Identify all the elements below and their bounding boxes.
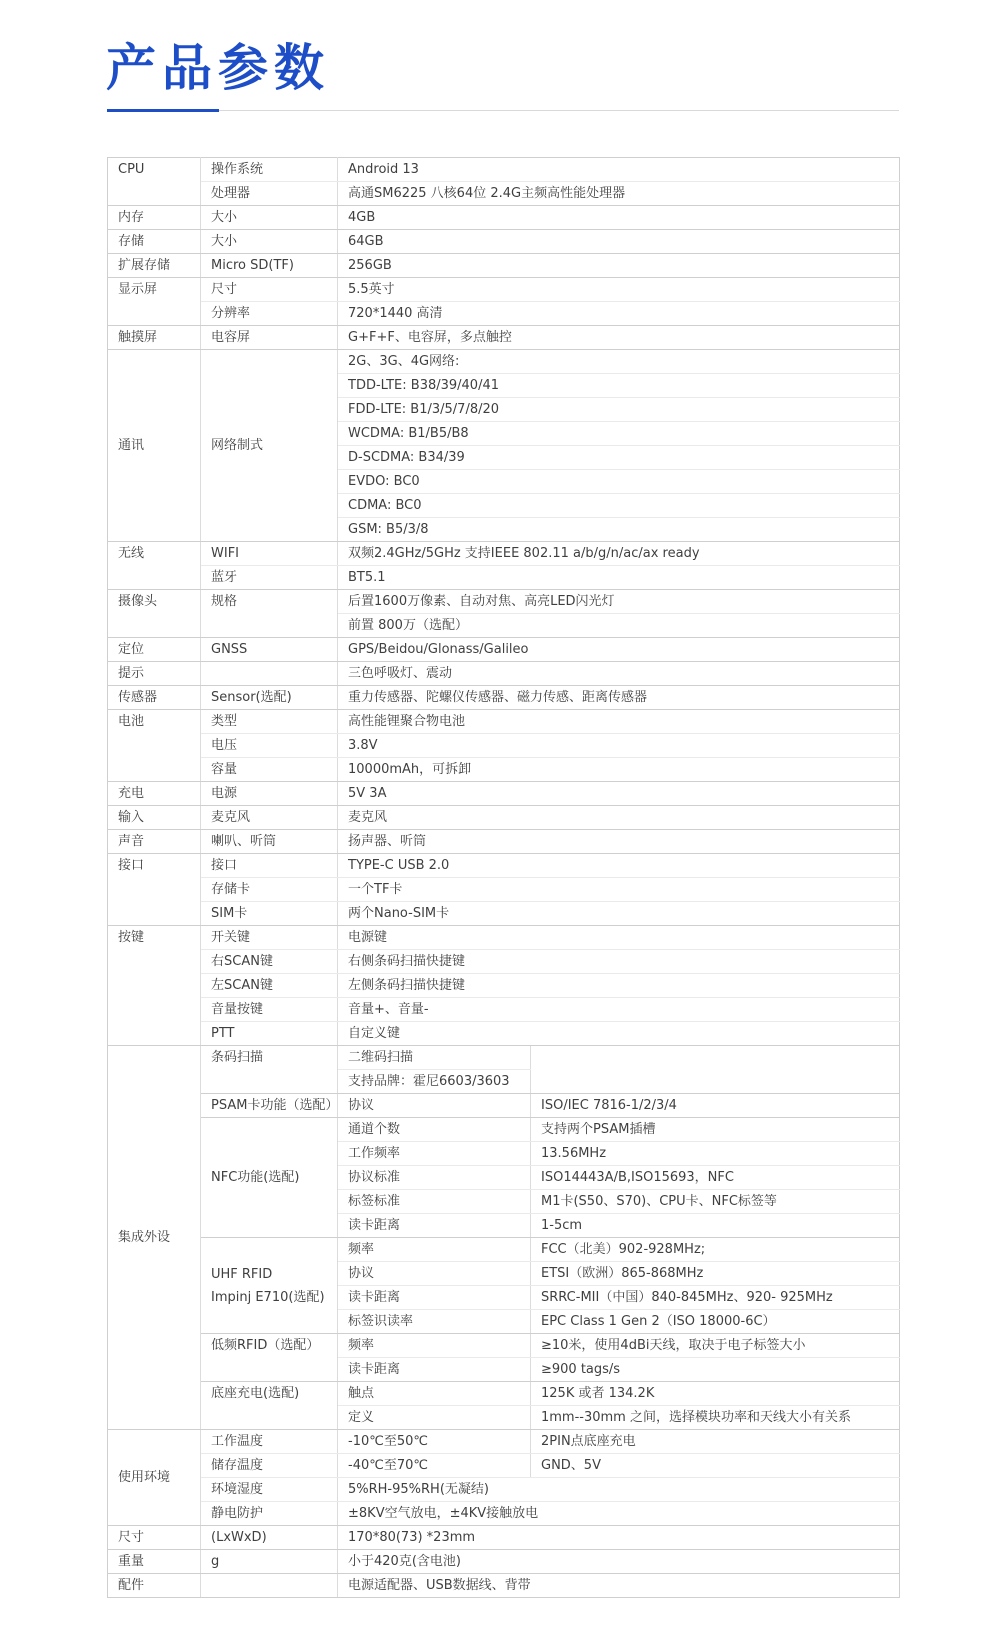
table-row: 集成外设条码扫描二维码扫描 [108, 1046, 900, 1070]
value-cell: 协议 [338, 1094, 531, 1118]
table-row: 静电防护±8KV空气放电，±4KV接触放电 [108, 1502, 900, 1526]
table-row: 声音喇叭、听筒扬声器、听筒 [108, 830, 900, 854]
table-row: 显示屏尺寸5.5英寸 [108, 278, 900, 302]
title-underline-accent [107, 109, 219, 112]
value-cell: ISO14443A/B,ISO15693，NFC [531, 1166, 900, 1190]
param-cell: 环境湿度 [201, 1478, 338, 1502]
value-cell: 频率 [338, 1238, 531, 1262]
table-row: 传感器Sensor(选配)重力传感器、陀螺仪传感器、磁力传感、距离传感器 [108, 686, 900, 710]
category-cell: 显示屏 [108, 278, 201, 326]
table-row: 底座充电(选配)触点125K 或者 134.2K [108, 1382, 900, 1406]
category-cell: 尺寸 [108, 1526, 201, 1550]
param-cell: 大小 [201, 230, 338, 254]
value-cell: G+F+F、电容屏，多点触控 [338, 326, 900, 350]
table-row: 存储大小64GB [108, 230, 900, 254]
value-cell: 1mm--30mm 之间，选择模块功率和天线大小有关系 [531, 1406, 900, 1430]
param-cell: 容量 [201, 758, 338, 782]
param-cell: SIM卡 [201, 902, 338, 926]
value-cell: 扬声器、听筒 [338, 830, 900, 854]
param-cell: 喇叭、听筒 [201, 830, 338, 854]
value-cell: 高性能锂聚合物电池 [338, 710, 900, 734]
param-cell: 大小 [201, 206, 338, 230]
param-cell: 电压 [201, 734, 338, 758]
value-cell: 频率 [338, 1334, 531, 1358]
value-cell: FCC（北美）902-928MHz; [531, 1238, 900, 1262]
table-row: 使用环境工作温度-10℃至50℃2PIN点底座充电 [108, 1430, 900, 1454]
value-cell [531, 1046, 900, 1094]
value-cell: -10℃至50℃ [338, 1430, 531, 1454]
param-cell: 处理器 [201, 182, 338, 206]
table-row: 内存大小4GB [108, 206, 900, 230]
param-cell: 分辨率 [201, 302, 338, 326]
value-cell: 4GB [338, 206, 900, 230]
category-cell: 摄像头 [108, 590, 201, 638]
value-cell: SRRC-MII（中国）840-845MHz、920- 925MHz [531, 1286, 900, 1310]
table-row: 存储卡一个TF卡 [108, 878, 900, 902]
category-cell: 通讯 [108, 350, 201, 542]
table-row: 环境湿度5%RH-95%RH(无凝结) [108, 1478, 900, 1502]
table-row: 接口接口TYPE-C USB 2.0 [108, 854, 900, 878]
param-cell: 静电防护 [201, 1502, 338, 1526]
value-cell: 5%RH-95%RH(无凝结) [338, 1478, 900, 1502]
page-title: 产品参数 [106, 28, 330, 100]
table-row: 摄像头规格后置1600万像素、自动对焦、高亮LED闪光灯 [108, 590, 900, 614]
table-row: 扩展存储Micro SD(TF)256GB [108, 254, 900, 278]
value-cell: GND、5V [531, 1454, 900, 1478]
value-cell: 读卡距离 [338, 1358, 531, 1382]
value-cell: CDMA: BC0 [338, 494, 900, 518]
value-cell: 两个Nano-SIM卡 [338, 902, 900, 926]
value-cell: EVDO: BC0 [338, 470, 900, 494]
category-cell: 重量 [108, 1550, 201, 1574]
param-cell: Sensor(选配) [201, 686, 338, 710]
value-cell: Android 13 [338, 158, 900, 182]
value-cell: 读卡距离 [338, 1286, 531, 1310]
table-row: 右SCAN键右侧条码扫描快捷键 [108, 950, 900, 974]
value-cell: 3.8V [338, 734, 900, 758]
value-cell: 支持两个PSAM插槽 [531, 1118, 900, 1142]
param-cell: 储存温度 [201, 1454, 338, 1478]
value-cell: 标签标准 [338, 1190, 531, 1214]
table-row: PSAM卡功能（选配）协议ISO/IEC 7816-1/2/3/4 [108, 1094, 900, 1118]
table-row: CPU操作系统Android 13 [108, 158, 900, 182]
table-row: 提示三色呼吸灯、震动 [108, 662, 900, 686]
table-row: 尺寸(LxWxD)170*80(73) *23mm [108, 1526, 900, 1550]
value-cell: TYPE-C USB 2.0 [338, 854, 900, 878]
param-cell: 麦克风 [201, 806, 338, 830]
table-row: 按键开关键电源键 [108, 926, 900, 950]
value-cell: 10000mAh，可拆卸 [338, 758, 900, 782]
param-cell: 操作系统 [201, 158, 338, 182]
value-cell: M1卡(S50、S70)、CPU卡、NFC标签等 [531, 1190, 900, 1214]
param-cell: 网络制式 [201, 350, 338, 542]
title-underline [107, 110, 899, 111]
spec-table-body: CPU操作系统Android 13处理器高通SM6225 八核64位 2.4G主… [108, 158, 900, 1598]
value-cell: 自定义键 [338, 1022, 900, 1046]
value-cell: 定义 [338, 1406, 531, 1430]
value-cell: 256GB [338, 254, 900, 278]
value-cell: 麦克风 [338, 806, 900, 830]
table-row: 分辨率720*1440 高清 [108, 302, 900, 326]
value-cell: 前置 800万（选配） [338, 614, 900, 638]
spec-table: CPU操作系统Android 13处理器高通SM6225 八核64位 2.4G主… [107, 157, 900, 1598]
param-cell: 低频RFID（选配） [201, 1334, 338, 1382]
table-row: 电压3.8V [108, 734, 900, 758]
category-cell: 传感器 [108, 686, 201, 710]
table-row: 音量按键音量+、音量- [108, 998, 900, 1022]
table-row: 定位GNSSGPS/Beidou/Glonass/Galileo [108, 638, 900, 662]
value-cell: ETSI（欧洲）865-868MHz [531, 1262, 900, 1286]
table-row: UHF RFID Impinj E710(选配)频率FCC（北美）902-928… [108, 1238, 900, 1262]
category-cell: 输入 [108, 806, 201, 830]
value-cell: D-SCDMA: B34/39 [338, 446, 900, 470]
param-cell: 存储卡 [201, 878, 338, 902]
value-cell: 电源键 [338, 926, 900, 950]
param-cell [201, 1574, 338, 1598]
param-cell: NFC功能(选配) [201, 1118, 338, 1238]
table-row: 容量10000mAh，可拆卸 [108, 758, 900, 782]
value-cell: GPS/Beidou/Glonass/Galileo [338, 638, 900, 662]
table-row: 输入麦克风麦克风 [108, 806, 900, 830]
param-cell: PSAM卡功能（选配） [201, 1094, 338, 1118]
param-cell: 左SCAN键 [201, 974, 338, 998]
table-row: 触摸屏电容屏G+F+F、电容屏，多点触控 [108, 326, 900, 350]
param-cell: 音量按键 [201, 998, 338, 1022]
value-cell: 支持品牌：霍尼6603/3603 [338, 1070, 531, 1094]
value-cell: EPC Class 1 Gen 2（ISO 18000-6C） [531, 1310, 900, 1334]
table-row: PTT自定义键 [108, 1022, 900, 1046]
value-cell: TDD-LTE: B38/39/40/41 [338, 374, 900, 398]
value-cell: 720*1440 高清 [338, 302, 900, 326]
value-cell: 5V 3A [338, 782, 900, 806]
table-row: 无线WIFI双频2.4GHz/5GHz 支持IEEE 802.11 a/b/g/… [108, 542, 900, 566]
category-cell: 声音 [108, 830, 201, 854]
param-cell: (LxWxD) [201, 1526, 338, 1550]
value-cell: 小于420克(含电池) [338, 1550, 900, 1574]
param-cell: PTT [201, 1022, 338, 1046]
value-cell: 64GB [338, 230, 900, 254]
value-cell: FDD-LTE: B1/3/5/7/8/20 [338, 398, 900, 422]
category-cell: 集成外设 [108, 1046, 201, 1430]
param-cell: 电容屏 [201, 326, 338, 350]
param-cell: GNSS [201, 638, 338, 662]
category-cell: 触摸屏 [108, 326, 201, 350]
param-cell: 接口 [201, 854, 338, 878]
param-cell: 蓝牙 [201, 566, 338, 590]
value-cell: 后置1600万像素、自动对焦、高亮LED闪光灯 [338, 590, 900, 614]
table-row: 低频RFID（选配）频率≥10米，使用4dBi天线，取决于电子标签大小 [108, 1334, 900, 1358]
value-cell: 2G、3G、4G网络: [338, 350, 900, 374]
value-cell: 125K 或者 134.2K [531, 1382, 900, 1406]
table-row: 通讯网络制式2G、3G、4G网络: [108, 350, 900, 374]
value-cell: 重力传感器、陀螺仪传感器、磁力传感、距离传感器 [338, 686, 900, 710]
table-row: 充电电源5V 3A [108, 782, 900, 806]
value-cell: 协议标准 [338, 1166, 531, 1190]
value-cell: 1-5cm [531, 1214, 900, 1238]
value-cell: BT5.1 [338, 566, 900, 590]
param-cell: Micro SD(TF) [201, 254, 338, 278]
param-cell: 类型 [201, 710, 338, 734]
value-cell: 触点 [338, 1382, 531, 1406]
table-row: 电池类型高性能锂聚合物电池 [108, 710, 900, 734]
param-cell: 电源 [201, 782, 338, 806]
param-cell: g [201, 1550, 338, 1574]
category-cell: 充电 [108, 782, 201, 806]
param-cell: 尺寸 [201, 278, 338, 302]
value-cell: 工作频率 [338, 1142, 531, 1166]
category-cell: 按键 [108, 926, 201, 1046]
value-cell: 双频2.4GHz/5GHz 支持IEEE 802.11 a/b/g/n/ac/a… [338, 542, 900, 566]
category-cell: 内存 [108, 206, 201, 230]
param-cell [201, 662, 338, 686]
category-cell: 扩展存储 [108, 254, 201, 278]
value-cell: ISO/IEC 7816-1/2/3/4 [531, 1094, 900, 1118]
category-cell: 配件 [108, 1574, 201, 1598]
category-cell: 电池 [108, 710, 201, 782]
value-cell: ≥10米，使用4dBi天线，取决于电子标签大小 [531, 1334, 900, 1358]
value-cell: 二维码扫描 [338, 1046, 531, 1070]
param-cell: 规格 [201, 590, 338, 638]
category-cell: 提示 [108, 662, 201, 686]
value-cell: GSM: B5/3/8 [338, 518, 900, 542]
value-cell: 右侧条码扫描快捷键 [338, 950, 900, 974]
param-cell: 条码扫描 [201, 1046, 338, 1094]
param-cell: 开关键 [201, 926, 338, 950]
param-cell: 工作温度 [201, 1430, 338, 1454]
value-cell: 协议 [338, 1262, 531, 1286]
value-cell: WCDMA: B1/B5/B8 [338, 422, 900, 446]
param-cell: 右SCAN键 [201, 950, 338, 974]
value-cell: -40℃至70℃ [338, 1454, 531, 1478]
value-cell: 一个TF卡 [338, 878, 900, 902]
category-cell: 无线 [108, 542, 201, 590]
value-cell: 高通SM6225 八核64位 2.4G主频高性能处理器 [338, 182, 900, 206]
value-cell: 标签识读率 [338, 1310, 531, 1334]
table-row: 处理器高通SM6225 八核64位 2.4G主频高性能处理器 [108, 182, 900, 206]
category-cell: 存储 [108, 230, 201, 254]
value-cell: 电源适配器、USB数据线、背带 [338, 1574, 900, 1598]
category-cell: 使用环境 [108, 1430, 201, 1526]
value-cell: 13.56MHz [531, 1142, 900, 1166]
param-cell: 底座充电(选配) [201, 1382, 338, 1430]
value-cell: 读卡距离 [338, 1214, 531, 1238]
category-cell: 接口 [108, 854, 201, 926]
table-row: 重量g小于420克(含电池) [108, 1550, 900, 1574]
table-row: 配件电源适配器、USB数据线、背带 [108, 1574, 900, 1598]
category-cell: CPU [108, 158, 201, 206]
table-row: SIM卡两个Nano-SIM卡 [108, 902, 900, 926]
param-cell: WIFI [201, 542, 338, 566]
value-cell: 2PIN点底座充电 [531, 1430, 900, 1454]
param-cell: UHF RFID Impinj E710(选配) [201, 1238, 338, 1334]
value-cell: 5.5英寸 [338, 278, 900, 302]
value-cell: 左侧条码扫描快捷键 [338, 974, 900, 998]
value-cell: 170*80(73) *23mm [338, 1526, 900, 1550]
value-cell: 通道个数 [338, 1118, 531, 1142]
value-cell: ≥900 tags/s [531, 1358, 900, 1382]
value-cell: 三色呼吸灯、震动 [338, 662, 900, 686]
table-row: NFC功能(选配)通道个数支持两个PSAM插槽 [108, 1118, 900, 1142]
category-cell: 定位 [108, 638, 201, 662]
table-row: 蓝牙BT5.1 [108, 566, 900, 590]
table-row: 左SCAN键左侧条码扫描快捷键 [108, 974, 900, 998]
value-cell: 音量+、音量- [338, 998, 900, 1022]
value-cell: ±8KV空气放电，±4KV接触放电 [338, 1502, 900, 1526]
table-row: 储存温度-40℃至70℃GND、5V [108, 1454, 900, 1478]
